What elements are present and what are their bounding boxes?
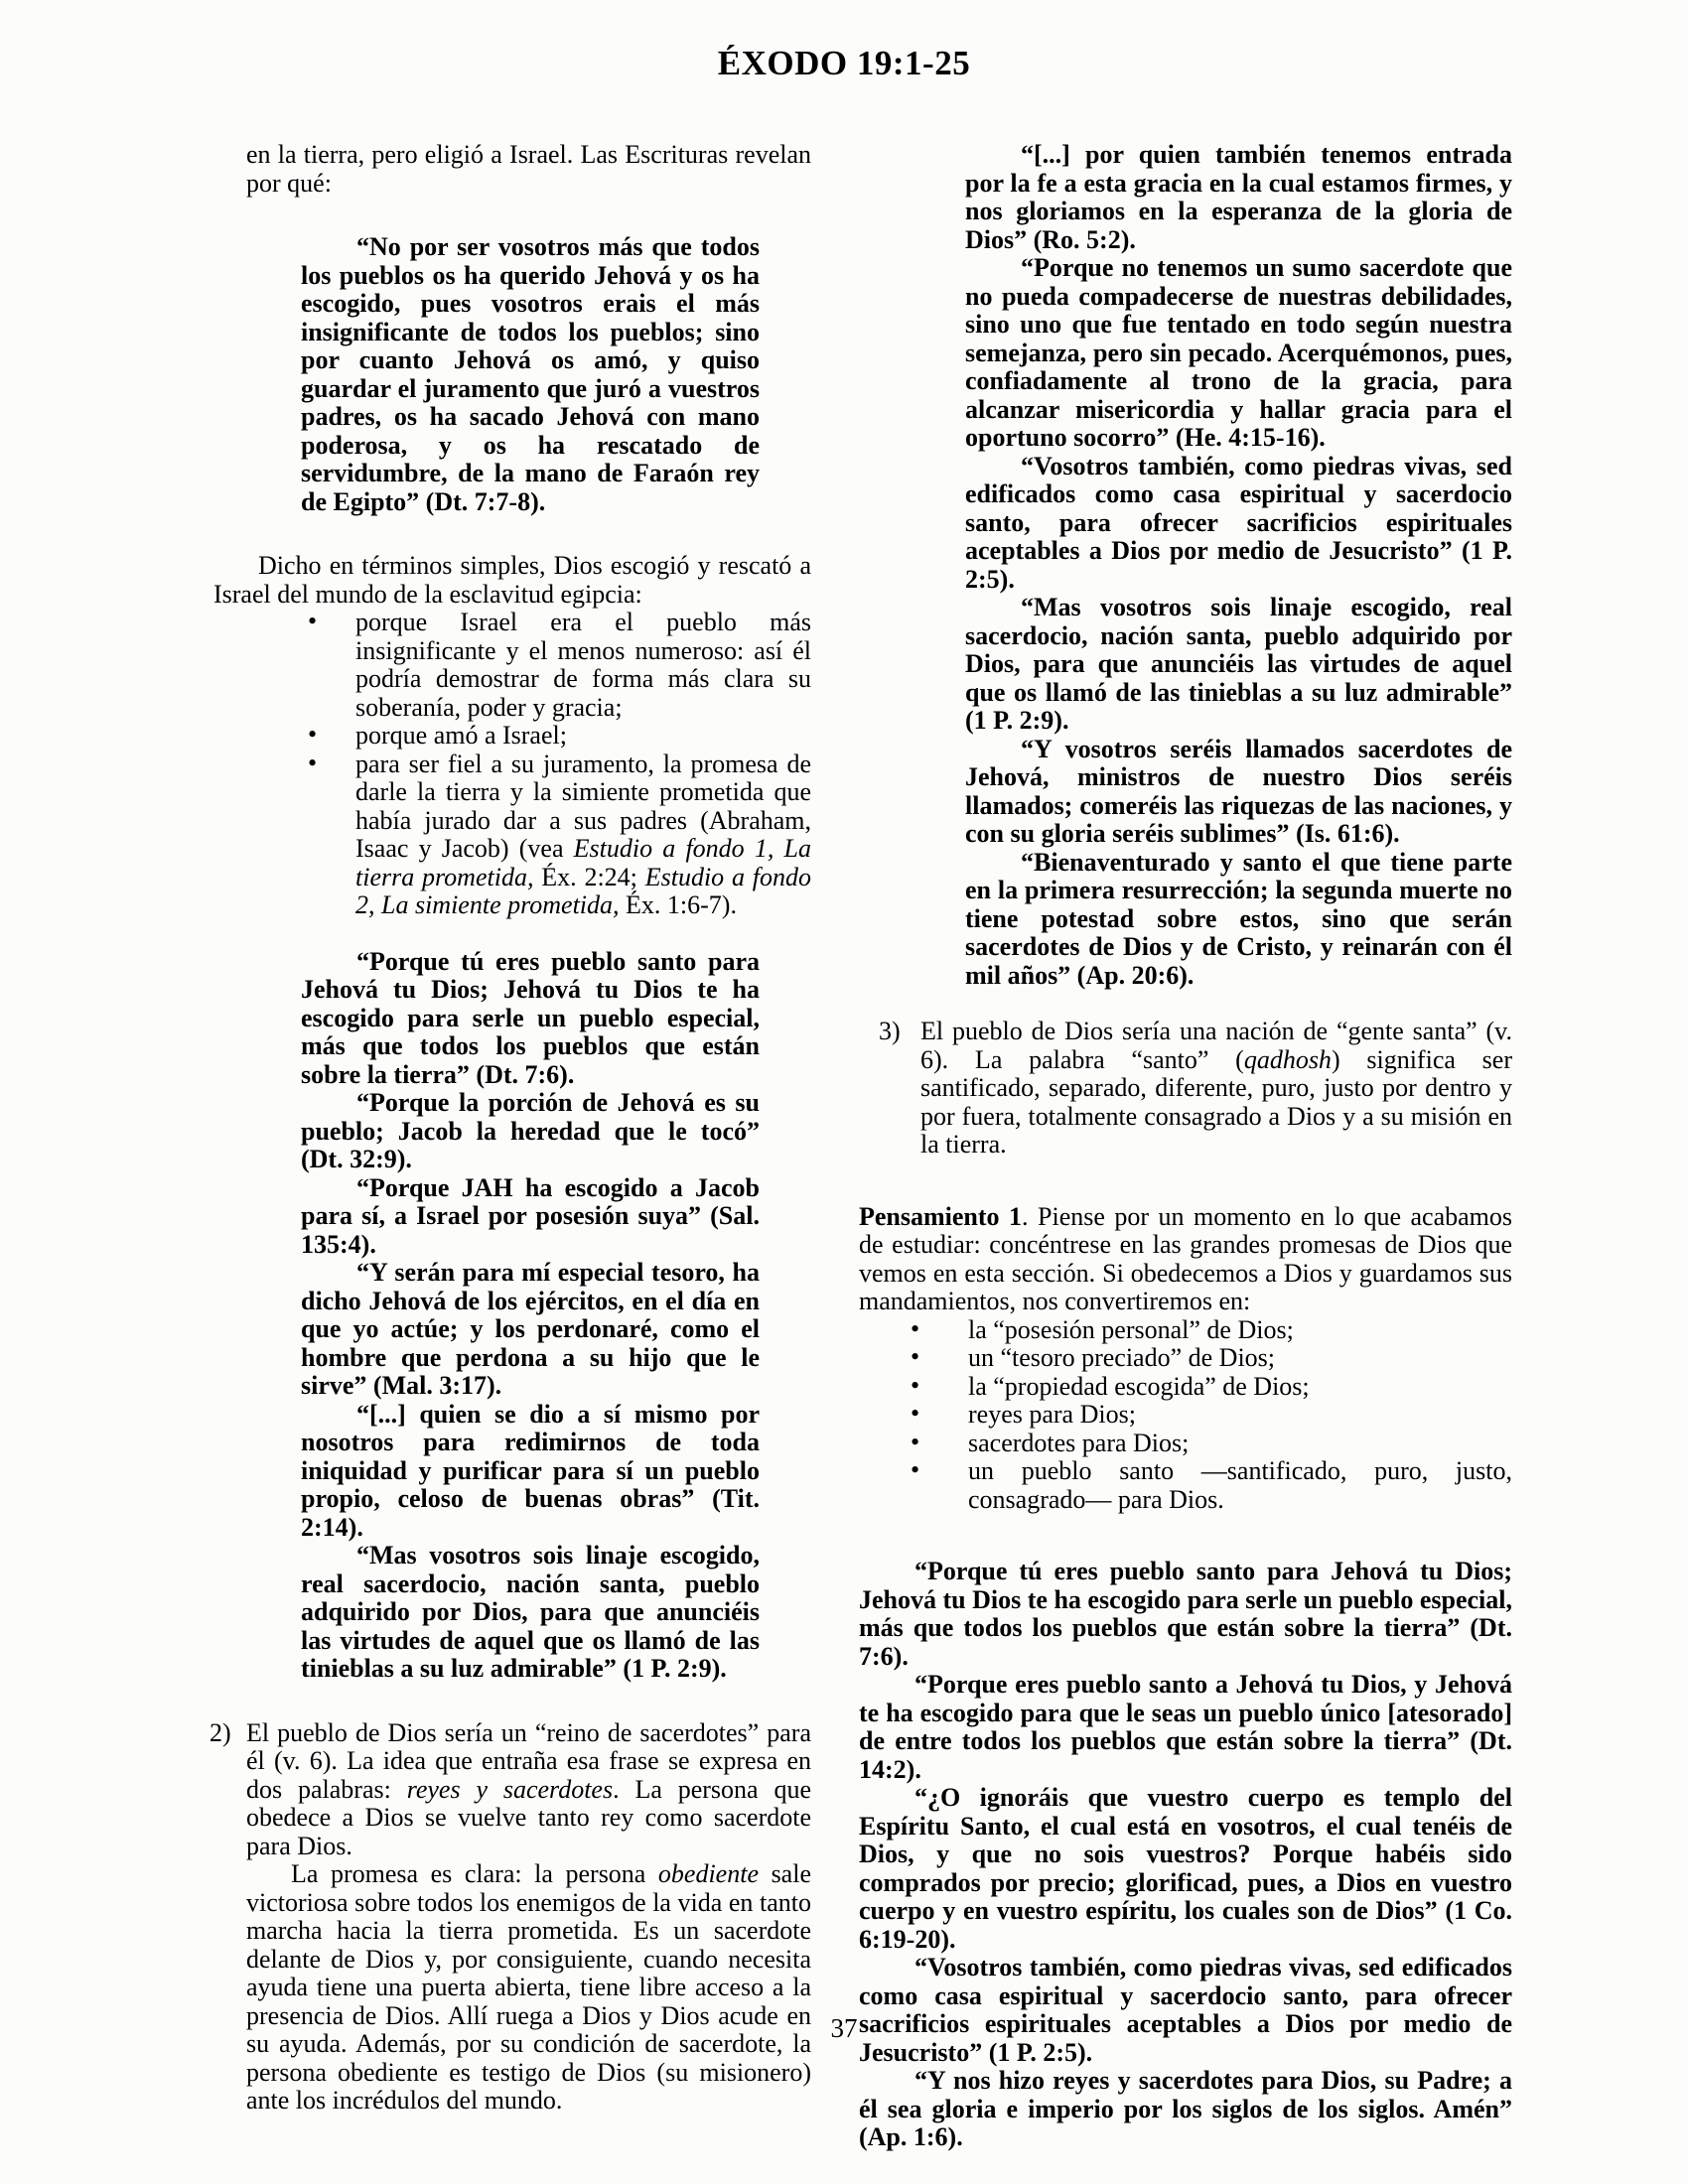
text-run: La promesa es clara: la persona	[291, 1859, 658, 1888]
list-item: • reyes para Dios;	[859, 1401, 1512, 1430]
quote-1p-2-9: “Mas vosotros sois linaje escogido, real…	[301, 1542, 760, 1684]
text-run: Éx. 1:6-7).	[620, 890, 737, 919]
text-run-italic: reyes y sacerdotes	[407, 1775, 613, 1804]
bullet-icon: •	[911, 1372, 919, 1401]
list-item: • sacerdotes para Dios;	[859, 1430, 1512, 1458]
bullet-icon: •	[911, 1343, 919, 1372]
bullet-icon: •	[308, 721, 317, 750]
text-run: la “propiedad escogida” de Dios;	[968, 1372, 1310, 1401]
text-run: porque amó a Israel;	[355, 721, 567, 750]
list-item-text: El pueblo de Dios sería un “reino de sac…	[246, 1719, 811, 1861]
quote-dt-7-6: “Porque tú eres pueblo santo para Jehová…	[859, 1558, 1512, 1671]
quote-mal-3-17: “Y serán para mí especial tesoro, ha dic…	[301, 1259, 760, 1401]
bullet-icon: •	[911, 1315, 919, 1344]
column-right: “[...] por quien también tenemos entrada…	[859, 141, 1512, 2152]
text-run-italic: obediente	[658, 1859, 759, 1888]
quote-ap-20-6: “Bienaventurado y santo el que tiene par…	[965, 849, 1512, 991]
numbered-item-2: 2) El pueblo de Dios sería un “reino de …	[213, 1719, 811, 1861]
quote-he-4-15-16: “Porque no tenemos un sumo sacerdote que…	[965, 254, 1512, 453]
pensamiento-paragraph: Pensamiento 1. Piense por un momento en …	[859, 1203, 1512, 1316]
document-page: ÉXODO 19:1-25 en la tierra, pero eligió …	[0, 0, 1688, 2184]
text-run: sacerdotes para Dios;	[968, 1429, 1189, 1457]
dicho-paragraph: Dicho en términos simples, Dios escogió …	[213, 552, 811, 609]
promesa-paragraph: La promesa es clara: la persona obedient…	[246, 1860, 811, 2116]
quote-tit-2-14: “[...] quien se dio a sí mismo por nosot…	[301, 1401, 760, 1543]
intro-paragraph: en la tierra, pero eligió a Israel. Las …	[246, 141, 811, 198]
quote-ap-1-6: “Y nos hizo reyes y sacerdotes para Dios…	[859, 2067, 1512, 2152]
quote-1co-6-19-20: “¿O ignoráis que vuestro cuerpo es templ…	[859, 1784, 1512, 1954]
quote-dt-7-6: “Porque tú eres pueblo santo para Jehová…	[301, 948, 760, 1090]
pensamiento-lead: Pensamiento 1	[859, 1202, 1022, 1231]
quote-dt-14-2: “Porque eres pueblo santo a Jehová tu Di…	[859, 1671, 1512, 1784]
quote-dt-32-9: “Porque la porción de Jehová es su puebl…	[301, 1089, 760, 1174]
text-run: Éx. 2:24;	[533, 863, 644, 891]
bullet-icon: •	[308, 750, 317, 778]
quote-1p-2-9: “Mas vosotros sois linaje escogido, real…	[965, 594, 1512, 736]
list-item: • porque Israel era el pueblo más insign…	[213, 609, 811, 722]
item-number: 2)	[210, 1719, 231, 1748]
quote-dt-7-7-8: “No por ser vosotros más que todos los p…	[301, 233, 760, 516]
list-item: • para ser fiel a su juramento, la prome…	[213, 751, 811, 920]
list-item: • porque amó a Israel;	[213, 722, 811, 751]
text-run: sale victoriosa sobre todos los enemigos…	[246, 1859, 811, 2115]
bullet-icon: •	[911, 1400, 919, 1429]
page-number: 37	[695, 2014, 993, 2043]
text-run: un “tesoro preciado” de Dios;	[968, 1343, 1275, 1372]
list-item-text: El pueblo de Dios sería una nación de “g…	[920, 1018, 1512, 1160]
text-run: porque Israel era el pueblo más insignif…	[355, 608, 811, 722]
bullet-icon: •	[911, 1456, 919, 1485]
text-run: la “posesión personal” de Dios;	[968, 1315, 1294, 1344]
item-number: 3)	[879, 1018, 901, 1046]
quote-sal-135-4: “Porque JAH ha escogido a Jacob para sí,…	[301, 1174, 760, 1260]
quote-1p-2-5: “Vosotros también, como piedras vivas, s…	[965, 453, 1512, 595]
numbered-item-3: 3) El pueblo de Dios sería una nación de…	[859, 1018, 1512, 1160]
quote-is-61-6: “Y vosotros seréis llamados sacerdotes d…	[965, 736, 1512, 849]
bullet-icon: •	[308, 608, 317, 636]
text-run: reyes para Dios;	[968, 1400, 1136, 1429]
quote-ro-5-2: “[...] por quien también tenemos entrada…	[965, 141, 1512, 254]
column-left: en la tierra, pero eligió a Israel. Las …	[213, 141, 811, 2116]
list-item: • un “tesoro preciado” de Dios;	[859, 1344, 1512, 1373]
list-item: • la “posesión personal” de Dios;	[859, 1316, 1512, 1345]
page-title: ÉXODO 19:1-25	[0, 44, 1688, 83]
list-item: • un pueblo santo —santificado, puro, ju…	[859, 1457, 1512, 1514]
text-run: un pueblo santo —santificado, puro, just…	[968, 1456, 1512, 1514]
bullet-icon: •	[911, 1429, 919, 1457]
text-run-italic: qadhosh	[1244, 1045, 1332, 1074]
quote-1p-2-5: “Vosotros también, como piedras vivas, s…	[859, 1954, 1512, 2067]
list-item: • la “propiedad escogida” de Dios;	[859, 1373, 1512, 1402]
